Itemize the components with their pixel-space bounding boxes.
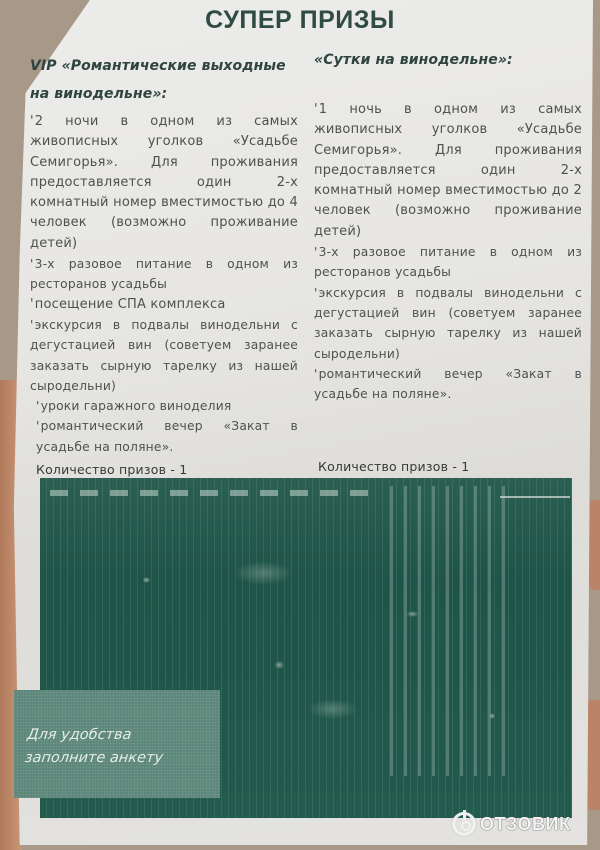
- hand-right-finger: [586, 700, 600, 810]
- prize-quantity: Количество призов - 1: [318, 459, 469, 474]
- list-item: 3-х разовое питание в одном из ресторано…: [30, 254, 298, 295]
- prize-heading-line: VIP «Романтические выходные: [30, 58, 286, 74]
- prize-vip-weekend: VIP «Романтические выходные на винодельн…: [30, 52, 298, 457]
- photo-wooden-door: [390, 486, 510, 776]
- prize-heading: «Сутки на винодельне»:: [314, 46, 582, 74]
- banner-line: заполните анкету: [24, 750, 164, 766]
- prize-heading: VIP «Романтические выходные на винодельн…: [30, 52, 298, 108]
- list-item: 3-х разовое питание в одном из ресторано…: [314, 242, 582, 283]
- list-item: уроки гаражного виноделия: [30, 396, 298, 416]
- watermark-text: ОТЗОВИК: [480, 814, 570, 835]
- banner-line: Для удобства: [26, 727, 132, 743]
- list-item: романтический вечер «Закат в усадьбе на …: [314, 364, 582, 405]
- list-item: посещение СПА комплекса: [30, 295, 298, 315]
- hand-right-finger: [588, 500, 600, 590]
- prize-day-at-winery: «Сутки на винодельне»: 1 ночь в одном из…: [314, 46, 582, 404]
- photo-rail: [500, 496, 570, 498]
- list-item: 1 ночь в одном из самых живописных уголк…: [314, 100, 582, 242]
- otzovik-logo-icon: [452, 812, 476, 836]
- list-item: 2 ночи в одном из самых живописных уголк…: [30, 112, 298, 254]
- list-item: экскурсия в подвалы винодельни с дегуста…: [30, 315, 298, 396]
- prize-heading-line: «Сутки на винодельне»:: [314, 52, 513, 68]
- prize-quantity: Количество призов - 1: [36, 462, 187, 477]
- list-item: экскурсия в подвалы винодельни с дегуста…: [314, 283, 582, 364]
- watermark: ОТЗОВИК: [452, 812, 570, 836]
- prize-heading-line: на винодельне»:: [30, 86, 167, 102]
- page-title: СУПЕР ПРИЗЫ: [0, 6, 600, 35]
- survey-banner: Для удобства заполните анкету: [14, 690, 220, 798]
- photo-building-roofline: [50, 490, 380, 496]
- list-item: романтический вечер «Закат в усадьбе на …: [30, 416, 298, 457]
- survey-banner-text: Для удобства заполните анкету: [24, 724, 219, 770]
